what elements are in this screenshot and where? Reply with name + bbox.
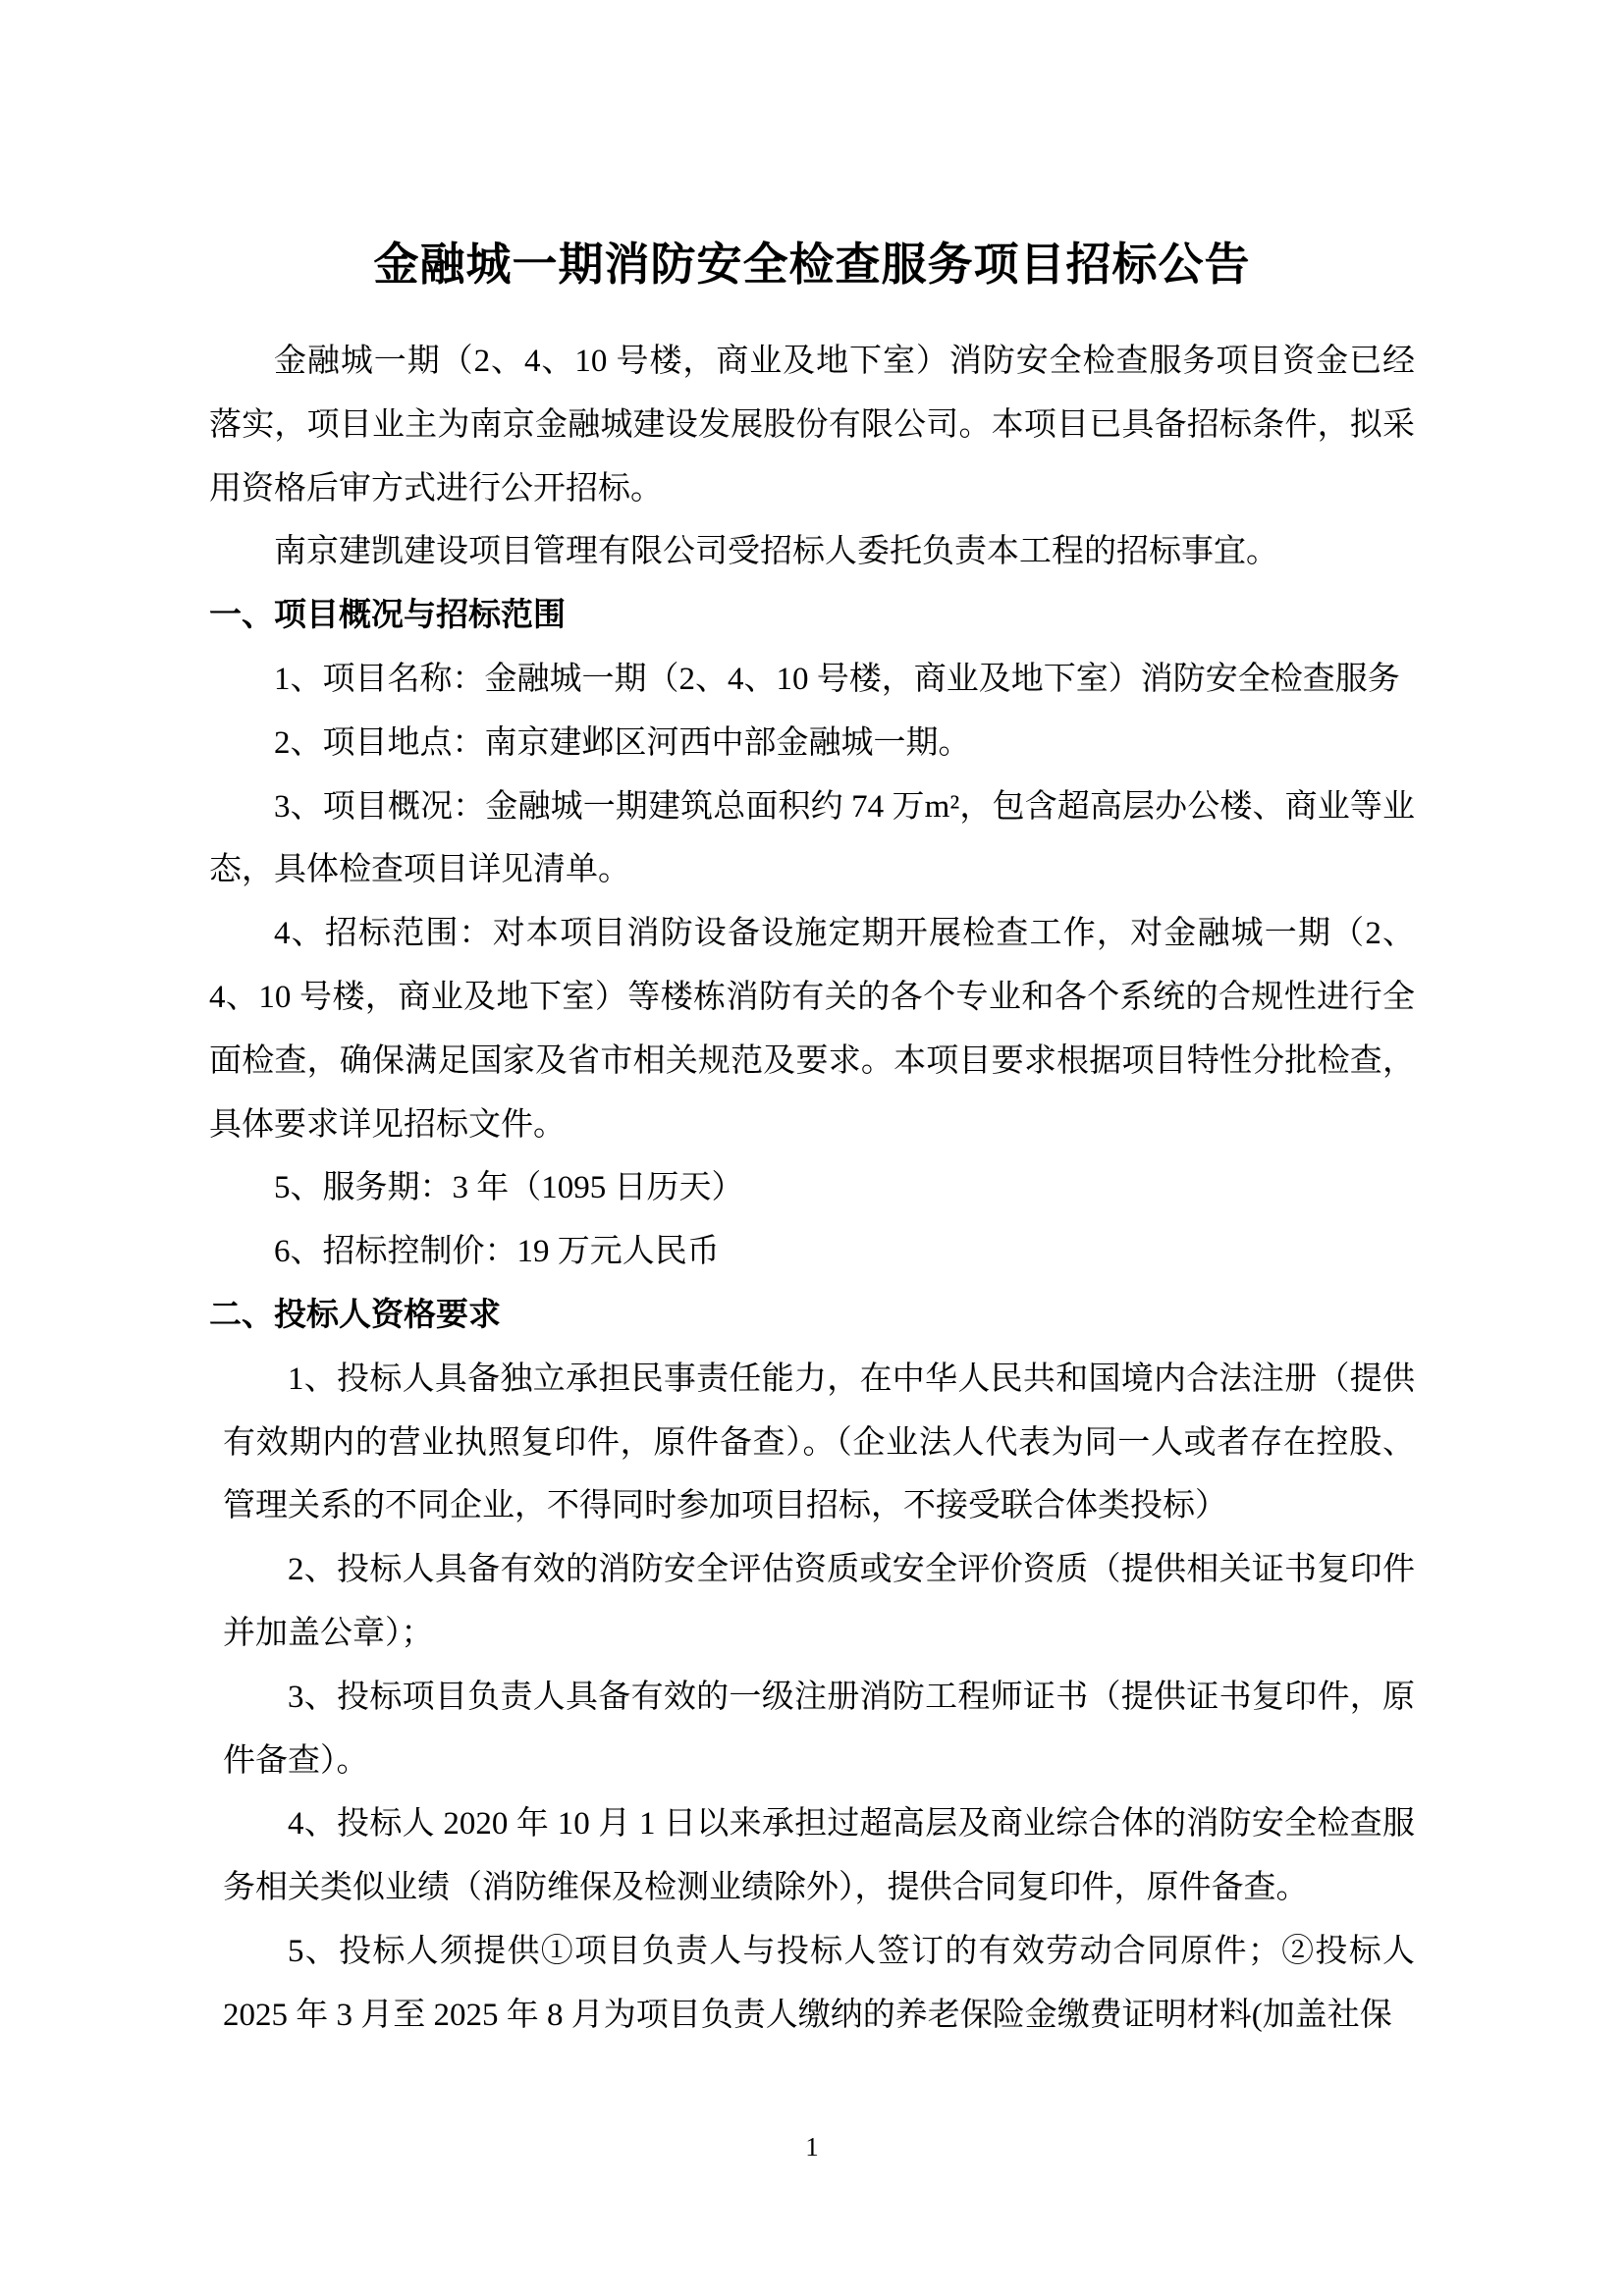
list-item: 5、服务期：3 年（1095 日历天）: [209, 1156, 1415, 1220]
paragraph: 金融城一期（2、4、10 号楼，商业及地下室）消防安全检查服务项目资金已经落实，…: [209, 330, 1415, 520]
document-page: { "document": { "title": "金融城一期消防安全检查服务项…: [0, 0, 1624, 2296]
document-title: 金融城一期消防安全检查服务项目招标公告: [209, 226, 1415, 304]
list-item: 4、招标范围：对本项目消防设备设施定期开展检查工作，对金融城一期（2、4、10 …: [209, 902, 1415, 1156]
section-heading-2: 二、投标人资格要求: [209, 1284, 1415, 1348]
list-item: 6、招标控制价：19 万元人民币: [209, 1220, 1415, 1284]
document-body: 金融城一期消防安全检查服务项目招标公告 金融城一期（2、4、10 号楼，商业及地…: [209, 0, 1415, 2048]
section-heading-1: 一、项目概况与招标范围: [209, 584, 1415, 648]
paragraph: 南京建凯建设项目管理有限公司受招标人委托负责本工程的招标事宜。: [209, 520, 1415, 584]
list-item: 5、投标人须提供①项目负责人与投标人签订的有效劳动合同原件；②投标人 2025 …: [223, 1920, 1415, 2048]
page-number: 1: [0, 2125, 1624, 2168]
list-item: 3、项目概况：金融城一期建筑总面积约 74 万m²，包含超高层办公楼、商业等业态…: [209, 775, 1415, 903]
list-item: 1、投标人具备独立承担民事责任能力，在中华人民共和国境内合法注册（提供有效期内的…: [223, 1348, 1415, 1538]
list-item: 3、投标项目负责人具备有效的一级注册消防工程师证书（提供证书复印件，原件备查）。: [223, 1666, 1415, 1793]
list-item: 4、投标人 2020 年 10 月 1 日以来承担过超高层及商业综合体的消防安全…: [223, 1792, 1415, 1920]
list-item: 2、投标人具备有效的消防安全评估资质或安全评价资质（提供相关证书复印件并加盖公章…: [223, 1538, 1415, 1666]
list-item: 1、项目名称：金融城一期（2、4、10 号楼，商业及地下室）消防安全检查服务: [209, 648, 1415, 712]
list-item: 2、项目地点：南京建邺区河西中部金融城一期。: [209, 712, 1415, 775]
